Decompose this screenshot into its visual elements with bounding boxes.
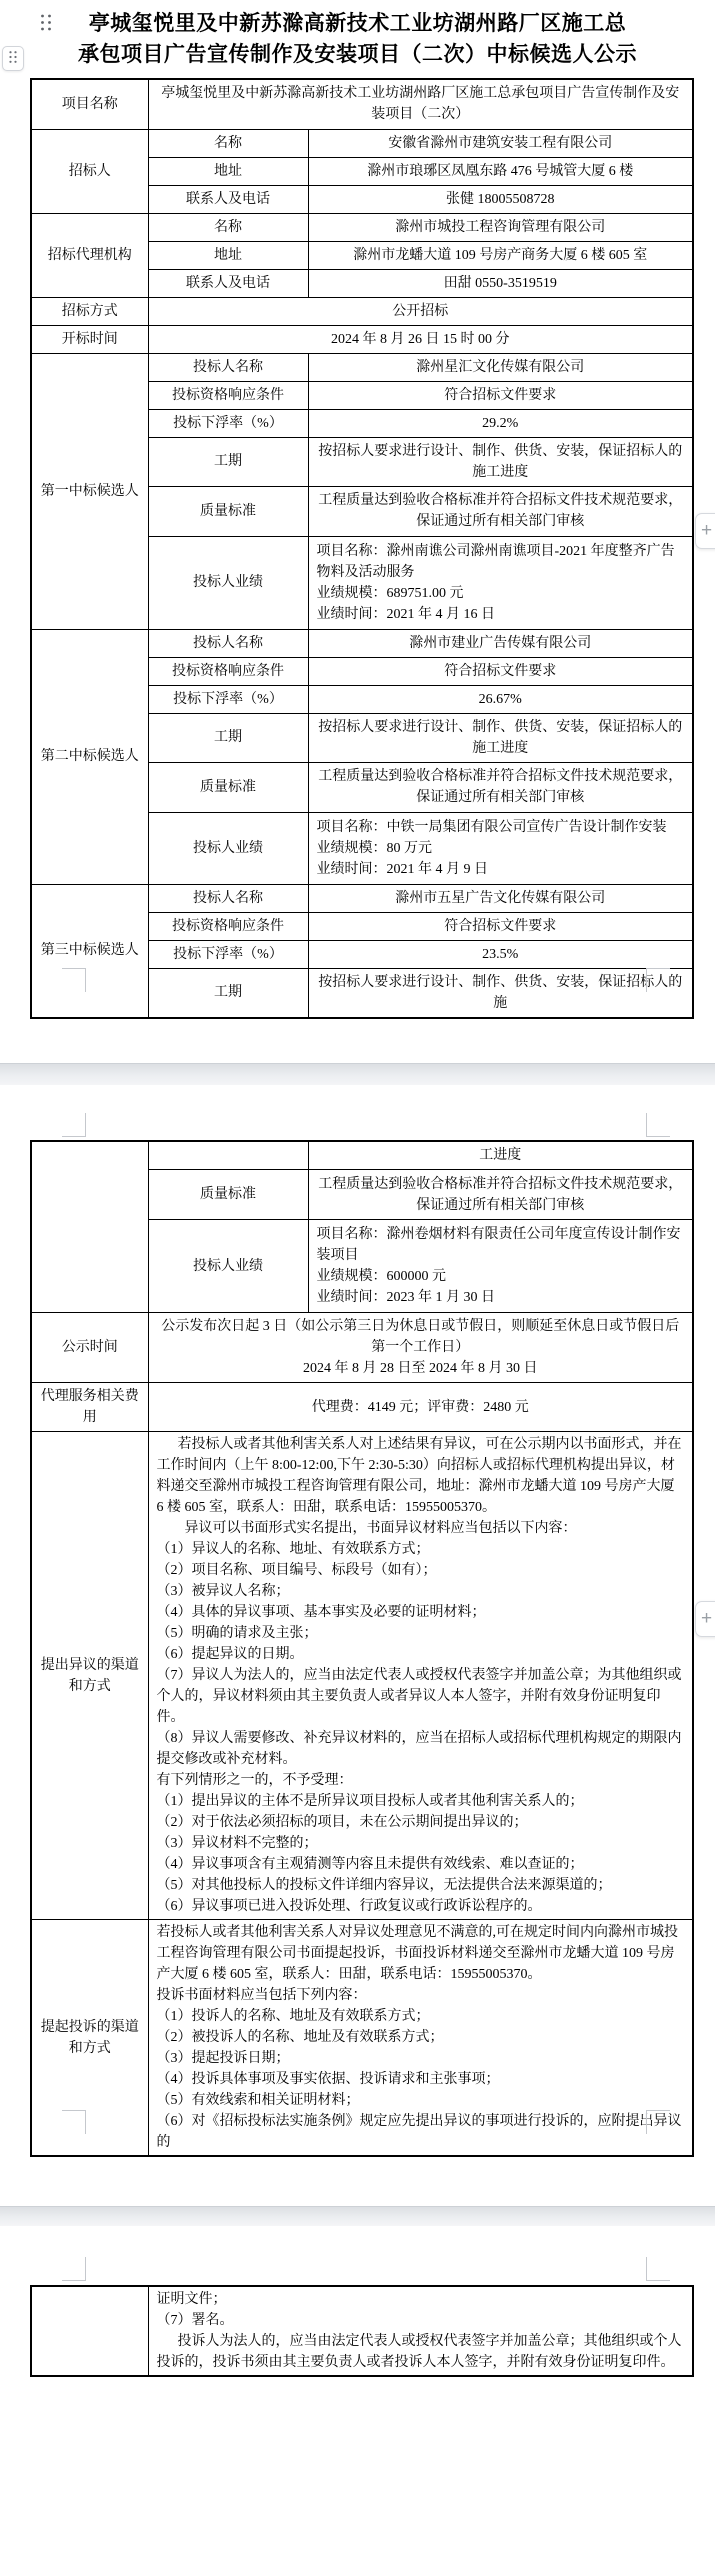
paragraph: （6）对《招标投标法实施条例》规定应先提出异议的事项进行投诉的，应附提出异议的 [157,2111,685,2153]
drag-handle-icon[interactable] [39,13,53,37]
candidate-1-name: 滁州星汇文化传媒有限公司 [308,353,693,381]
candidate-2-quality: 工程质量达到验收合格标准并符合招标文件技术规范要求，保证通过所有相关部门审核 [308,762,693,812]
paragraph: （3）提起投诉日期； [157,2048,685,2069]
publicity-time-line: 公示发布次日起 3 日（如公示第三日为休息日或节假日，则顺延至休息日或节假日后第… [155,1316,687,1358]
performance-line: 业绩时间：2023 年 1 月 30 日 [317,1287,685,1308]
plus-icon: + [701,1608,712,1629]
plus-button[interactable]: + [695,1601,715,1637]
paragraph: （8）异议人需要修改、补充异议材料的，应当在招标人或招标代理机构规定的期限内提交… [157,1728,685,1770]
paragraph: （5）有效线索和相关证明材料； [157,2090,685,2111]
performance-line: 业绩规模：80 万元 [317,838,685,859]
paragraph: （6）异议事项已进入投诉处理、行政复议或行政诉讼程序的。 [157,1896,685,1917]
duration-label: 工期 [148,968,308,1018]
paragraph: （6）提起异议的日期。 [157,1644,685,1665]
paragraph: （3）异议材料不完整的； [157,1833,685,1854]
qualification-label: 投标资格响应条件 [148,381,308,409]
candidate-2-qualification: 符合招标文件要求 [308,657,693,685]
tenderee-name-label: 名称 [148,129,308,157]
page-margin-mark [62,1113,86,1137]
performance-line: 业绩规模：689751.00 元 [317,583,685,604]
bidding-method-label: 招标方式 [31,297,148,325]
tenderee-name-value: 安徽省滁州市建筑安装工程有限公司 [308,129,693,157]
complaint-channel-content-continued: 证明文件； （7）署名。 投诉人为法人的，应当由法定代表人或授权代表签字并加盖公… [148,2286,693,2376]
paragraph: （3）被异议人名称； [157,1581,685,1602]
performance-line: 业绩规模：600000 元 [317,1266,685,1287]
page-margin-mark [62,2257,86,2281]
candidate-3-group-label: 第三中标候选人 [31,884,148,1018]
candidate-3-name: 滁州市五星广告文化传媒有限公司 [308,884,693,912]
quality-label: 质量标准 [148,762,308,812]
tenderee-group-label: 招标人 [31,129,148,213]
paragraph: （7）异议人为法人的，应当由法定代表人或授权代表签字并加盖公章；为其他组织或个人… [157,1665,685,1728]
agency-address-value: 滁州市龙蟠大道 109 号房产商务大厦 6 楼 605 室 [308,241,693,269]
paragraph: （2）对于依法必须招标的项目，未在公示期间提出异议的； [157,1812,685,1833]
paragraph: 有下列情形之一的，不予受理： [157,1770,685,1791]
paragraph: （5）对其他投标人的投标文件详细内容异议，无法提供合法来源渠道的； [157,1875,685,1896]
dots-grid-icon [8,50,18,67]
page-margin-mark [646,2257,670,2281]
performance-line: 业绩时间：2021 年 4 月 9 日 [317,859,685,880]
empty-cell [31,1141,148,1313]
project-name-value: 亭城玺悦里及中新苏滁高新技术工业坊湖州路厂区施工总承包项目广告宣传制作及安装项目… [148,79,693,129]
paragraph: （1）异议人的名称、地址、有效联系方式； [157,1539,685,1560]
paragraph: （4）具体的异议事项、基本事实及必要的证明材料； [157,1602,685,1623]
document-view: { "ui": { "plus": "+" }, "title": { "lin… [0,0,715,2552]
empty-cell [148,1141,308,1170]
tenderee-address-label: 地址 [148,157,308,185]
document-page-3: 证明文件； （7）署名。 投诉人为法人的，应当由法定代表人或授权代表签字并加盖公… [0,2226,715,2552]
performance-label: 投标人业绩 [148,536,308,629]
candidate-1-discount: 29.2% [308,409,693,437]
paragraph: 若投标人或者其他利害关系人对上述结果有异议，可在公示期内以书面形式，并在工作时间… [157,1434,685,1518]
paragraph: 证明文件； [157,2289,685,2310]
candidate-3-discount: 23.5% [308,940,693,968]
duration-label: 工期 [148,713,308,762]
candidate-2-group-label: 第二中标候选人 [31,629,148,884]
plus-button[interactable]: + [695,513,715,549]
bid-notice-table-page-2: 工进度 质量标准 工程质量达到验收合格标准并符合招标文件技术规范要求，保证通过所… [30,1140,694,2157]
candidate-3-quality: 工程质量达到验收合格标准并符合招标文件技术规范要求，保证通过所有相关部门审核 [308,1170,693,1220]
tenderee-contact-label: 联系人及电话 [148,185,308,213]
agency-address-label: 地址 [148,241,308,269]
candidate-3-performance: 项目名称：滁州卷烟材料有限责任公司年度宣传设计制作安装项目 业绩规模：60000… [308,1220,693,1313]
document-title: 亭城玺悦里及中新苏滁高新技术工业坊湖州路厂区施工总 承包项目广告宣传制作及安装项… [40,8,675,70]
paragraph: （4）投诉具体事项及事实依据、投诉请求和主张事项； [157,2069,685,2090]
candidate-2-discount: 26.67% [308,685,693,713]
qualification-label: 投标资格响应条件 [148,657,308,685]
plus-icon: + [701,520,712,541]
performance-label: 投标人业绩 [148,1220,308,1313]
discount-label: 投标下浮率（%） [148,940,308,968]
objection-channel-content: 若投标人或者其他利害关系人对上述结果有异议，可在公示期内以书面形式，并在工作时间… [148,1432,693,1920]
paragraph: （2）被投诉人的名称、地址及有效联系方式； [157,2027,685,2048]
publicity-time-value: 公示发布次日起 3 日（如公示第三日为休息日或节假日，则顺延至休息日或节假日后第… [148,1313,693,1383]
paragraph: 投诉人为法人的，应当由法定代表人或授权代表签字并加盖公章；其他组织或个人投诉的，… [157,2331,685,2373]
bid-notice-table-page-1: 项目名称 亭城玺悦里及中新苏滁高新技术工业坊湖州路厂区施工总承包项目广告宣传制作… [30,78,694,1019]
bidder-name-label: 投标人名称 [148,884,308,912]
discount-label: 投标下浮率（%） [148,409,308,437]
paragraph: （7）署名。 [157,2310,685,2331]
agency-name-value: 滁州市城投工程咨询管理有限公司 [308,213,693,241]
page-separator [0,2206,715,2226]
project-name-label: 项目名称 [31,79,148,129]
candidate-2-duration: 按招标人要求进行设计、制作、供货、安装，保证招标人的施工进度 [308,713,693,762]
paragraph: （5）明确的请求及主张； [157,1623,685,1644]
candidate-1-qualification: 符合招标文件要求 [308,381,693,409]
performance-label: 投标人业绩 [148,812,308,884]
publicity-time-line: 2024 年 8 月 28 日至 2024 年 8 月 30 日 [155,1358,687,1379]
paragraph: 若投标人或者其他利害关系人对异议处理意见不满意的,可在规定时间内向滁州市城投工程… [157,1922,685,1985]
page-margin-mark [62,968,86,992]
document-title-line-1: 亭城玺悦里及中新苏滁高新技术工业坊湖州路厂区施工总 [40,8,675,39]
open-time-label: 开标时间 [31,325,148,353]
paragraph: （4）异议事项含有主观猜测等内容且未提供有效线索、难以查证的； [157,1854,685,1875]
candidate-2-name: 滁州市建业广告传媒有限公司 [308,629,693,657]
page-margin-mark [646,1113,670,1137]
quality-label: 质量标准 [148,1170,308,1220]
candidate-2-performance: 项目名称：中铁一局集团有限公司宣传广告设计制作安装 业绩规模：80 万元 业绩时… [308,812,693,884]
open-time-value: 2024 年 8 月 26 日 15 时 00 分 [148,325,693,353]
bidding-method-value: 公开招标 [148,297,693,325]
paragraph: （1）投诉人的名称、地址及有效联系方式； [157,2006,685,2027]
bid-notice-table-page-3: 证明文件； （7）署名。 投诉人为法人的，应当由法定代表人或授权代表签字并加盖公… [30,2285,694,2377]
page-margin-mark [62,2110,86,2134]
tenderee-contact-value: 张健 18005508728 [308,185,693,213]
bidder-name-label: 投标人名称 [148,353,308,381]
performance-line: 项目名称：中铁一局集团有限公司宣传广告设计制作安装 [317,817,685,838]
agency-contact-label: 联系人及电话 [148,269,308,297]
page-margin-mark [646,2110,670,2134]
candidate-1-performance: 项目名称：滁州南谯公司滁州南谯项目-2021 年度整齐广告物料及活动服务 业绩规… [308,536,693,629]
document-title-line-2: 承包项目广告宣传制作及安装项目（二次）中标候选人公示 [40,39,675,70]
paragraph: （2）项目名称、项目编号、标段号（如有）； [157,1560,685,1581]
objection-channel-label: 提出异议的渠道和方式 [31,1432,148,1920]
bidder-name-label: 投标人名称 [148,629,308,657]
agency-group-label: 招标代理机构 [31,213,148,297]
candidate-1-duration: 按招标人要求进行设计、制作、供货、安装，保证招标人的施工进度 [308,437,693,486]
agency-fee-label: 代理服务相关费用 [31,1383,148,1432]
candidate-3-duration-part-2: 工进度 [308,1141,693,1170]
qualification-label: 投标资格响应条件 [148,912,308,940]
empty-cell [31,2286,148,2376]
performance-line: 项目名称：滁州南谯公司滁州南谯项目-2021 年度整齐广告物料及活动服务 [317,541,685,583]
paragraph: （1）提出异议的主体不是所异议项目投标人或者其他利害关系人的； [157,1791,685,1812]
document-page-2: 工进度 质量标准 工程质量达到验收合格标准并符合招标文件技术规范要求，保证通过所… [0,1085,715,2206]
page-separator [0,1063,715,1085]
performance-line: 业绩时间：2021 年 4 月 16 日 [317,604,685,625]
table-handle-button[interactable] [2,46,24,71]
discount-label: 投标下浮率（%） [148,685,308,713]
agency-fee-value: 代理费：4149 元；评审费：2480 元 [148,1383,693,1432]
quality-label: 质量标准 [148,486,308,536]
candidate-1-quality: 工程质量达到验收合格标准并符合招标文件技术规范要求，保证通过所有相关部门审核 [308,486,693,536]
candidate-3-duration-part-1: 按招标人要求进行设计、制作、供货、安装，保证招标人的施 [308,968,693,1018]
page-margin-mark [646,968,670,992]
paragraph: 投诉书面材料应当包括下列内容： [157,1985,685,2006]
tenderee-address-value: 滁州市琅琊区凤凰东路 476 号城管大厦 6 楼 [308,157,693,185]
complaint-channel-content: 若投标人或者其他利害关系人对异议处理意见不满意的,可在规定时间内向滁州市城投工程… [148,1920,693,2157]
complaint-channel-label: 提起投诉的渠道和方式 [31,1920,148,2157]
publicity-time-label: 公示时间 [31,1313,148,1383]
duration-label: 工期 [148,437,308,486]
agency-name-label: 名称 [148,213,308,241]
agency-contact-value: 田甜 0550-3519519 [308,269,693,297]
candidate-1-group-label: 第一中标候选人 [31,353,148,629]
document-page-1: 亭城玺悦里及中新苏滁高新技术工业坊湖州路厂区施工总 承包项目广告宣传制作及安装项… [0,0,715,1063]
candidate-3-qualification: 符合招标文件要求 [308,912,693,940]
paragraph: 异议可以书面形式实名提出，书面异议材料应当包括以下内容： [157,1518,685,1539]
performance-line: 项目名称：滁州卷烟材料有限责任公司年度宣传设计制作安装项目 [317,1224,685,1266]
